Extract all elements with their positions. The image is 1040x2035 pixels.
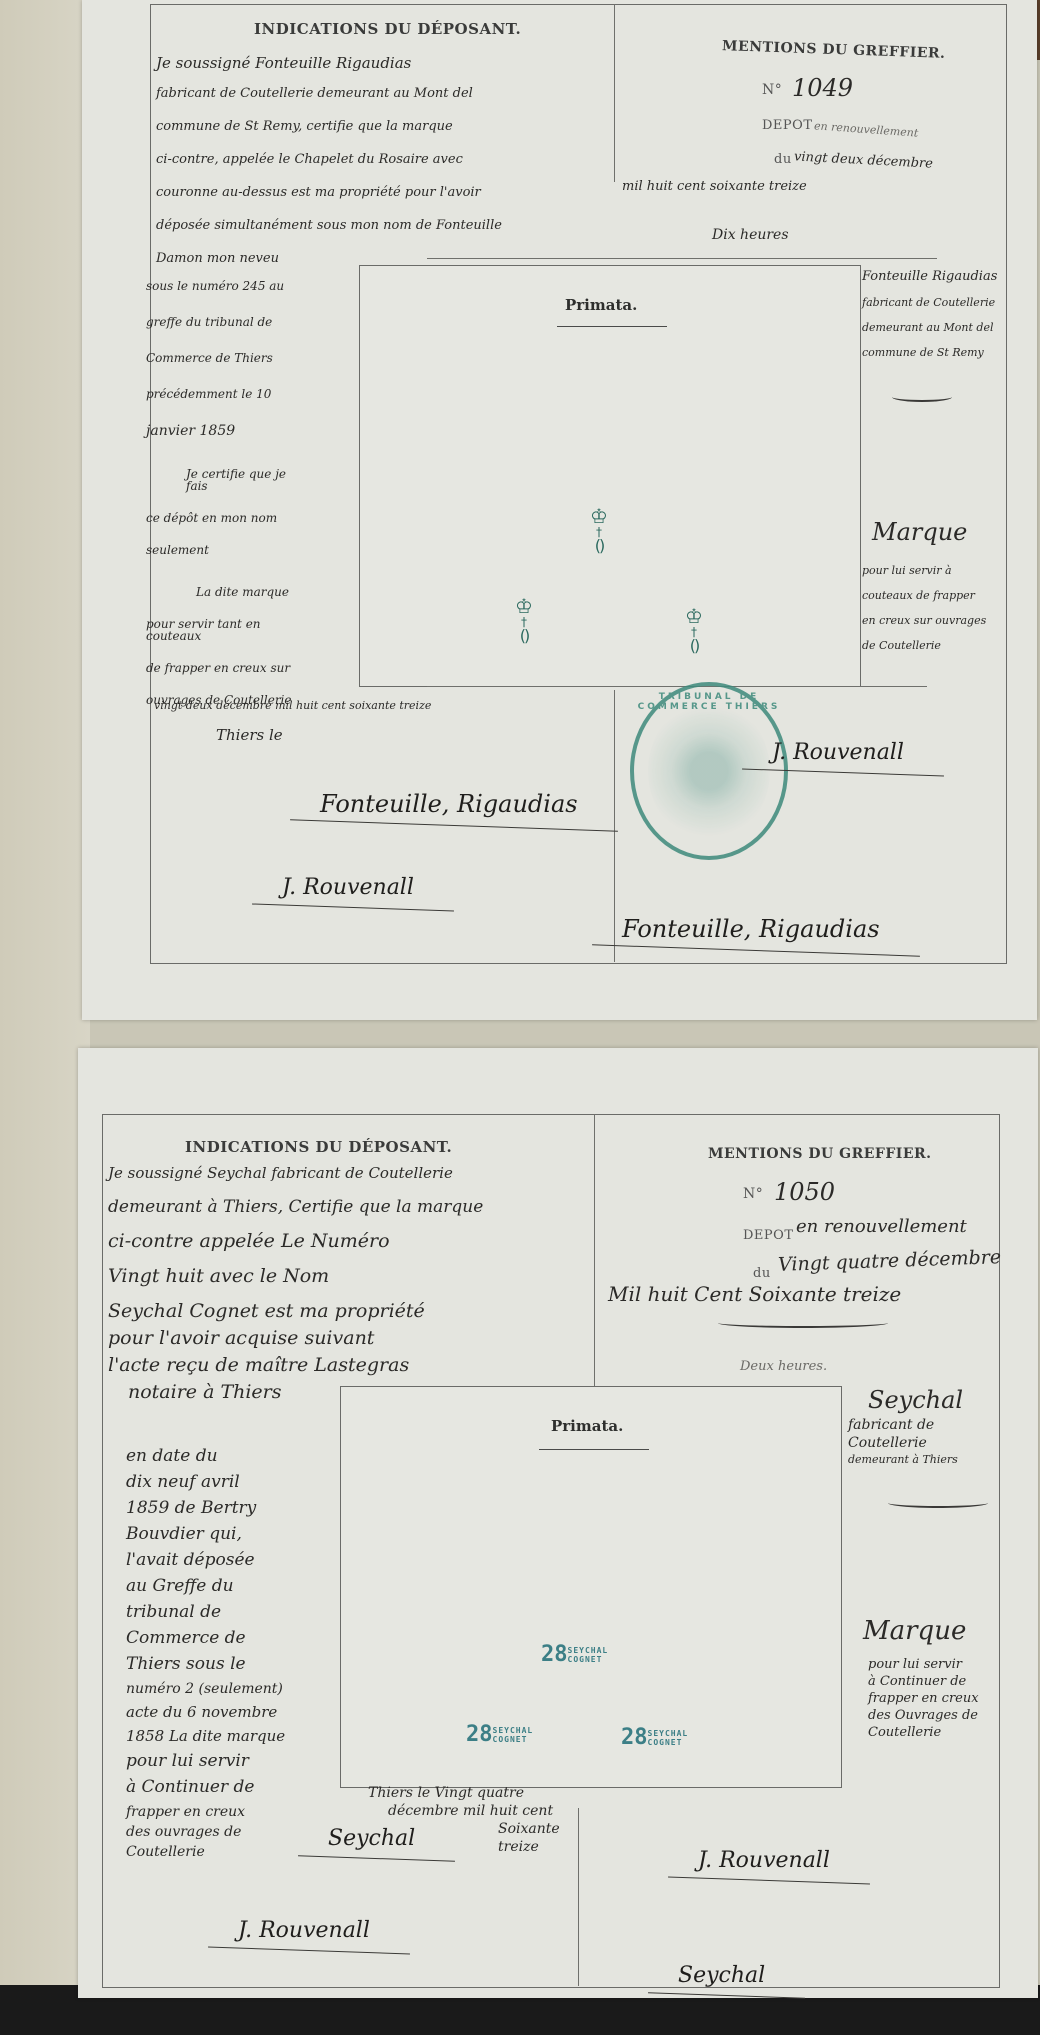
marque-line: couteaux de frapper <box>862 590 1022 601</box>
declaration-line: Je soussigné Seychal fabricant de Coutel… <box>108 1166 578 1181</box>
signature-deposant: Fonteuille, Rigaudias <box>320 790 578 818</box>
mark-number: 28 <box>541 1642 568 1667</box>
year-line: mil huit cent soixante treize <box>622 180 807 193</box>
marque-line: pour lui servir à <box>862 565 1022 576</box>
declaration-line: dix neuf avril <box>126 1474 306 1491</box>
greffier-line: Seychal <box>848 1388 1018 1412</box>
declaration-line: 1859 de Bertry <box>126 1500 306 1517</box>
signature-deposant: Seychal <box>328 1826 415 1851</box>
crown-rosary-mark-icon: ♔†() <box>515 596 533 644</box>
register-page-1050: INDICATIONS DU DÉPOSANT. MENTIONS DU GRE… <box>78 1048 1038 1998</box>
marque-label: Marque <box>872 520 967 544</box>
marque-usage: pour lui servir à couteaux de frapper en… <box>862 565 1022 663</box>
mark-line: COGNET <box>568 1655 603 1664</box>
number-label: N° <box>743 1186 763 1202</box>
year-line: Mil huit Cent Soixante treize <box>608 1284 901 1304</box>
greffier-line: commune de St Remy <box>862 347 1022 358</box>
declaration-line: en date du <box>126 1448 306 1465</box>
declaration-line: Commerce de Thiers <box>146 352 296 364</box>
register-page-1049: INDICATIONS DU DÉPOSANT. MENTIONS DU GRE… <box>82 0 1037 1020</box>
primata-title: Primata. <box>565 296 637 314</box>
du-label: du <box>774 152 792 167</box>
declaration-line: de frapper en creux sur <box>146 662 296 674</box>
mark-number: 28 <box>466 1722 493 1747</box>
declaration-line: commune de St Remy, certifie que la marq… <box>156 120 616 133</box>
date-line: vingt deux décembre mil huit cent soixan… <box>154 700 431 711</box>
declaration-column: sous le numéro 245 au greffe du tribunal… <box>146 280 296 755</box>
declaration-line: La dite marque <box>146 586 296 598</box>
tribunal-seal-stamp: TRIBUNAL DE COMMERCE THIERS <box>630 682 788 860</box>
declaration-line: pour l'avoir acquise suivant <box>108 1329 578 1348</box>
signature-greffier: J. Rouvenall <box>282 875 414 900</box>
signature-greffier: J. Rouvenall <box>698 1848 830 1873</box>
declaration-text: Je soussigné Fonteuille Rigaudias fabric… <box>156 56 616 277</box>
flourish-line <box>718 1318 888 1328</box>
trademark-stamp-box: Primata. ♔†() ♔†() ♔†() <box>359 265 861 687</box>
marque-line: des Ouvrages de <box>868 1709 1038 1722</box>
signature-greffier: J. Rouvenall <box>238 1918 370 1943</box>
time-line: Deux heures. <box>740 1360 827 1373</box>
declaration-line: 1858 La dite marque <box>126 1729 306 1744</box>
declaration-line: demeurant à Thiers, Certifie que la marq… <box>108 1199 578 1216</box>
declaration-line: pour servir tant en couteaux <box>146 618 296 642</box>
depot-label: DEPOT <box>743 1228 794 1243</box>
column-divider-upper <box>594 1114 595 1386</box>
declaration-line: l'avait déposée <box>126 1552 306 1569</box>
declaration-line: Seychal Cognet est ma propriété <box>108 1302 578 1321</box>
crown-rosary-mark-icon: ♔†() <box>590 506 608 554</box>
declaration-text: Je soussigné Seychal fabricant de Coutel… <box>108 1166 578 1414</box>
stamp-box-top-line <box>427 258 937 259</box>
declaration-line: l'acte reçu de maître Lastegras <box>108 1356 578 1375</box>
declaration-line: janvier 1859 <box>146 424 296 438</box>
declaration-line: ci-contre appelée Le Numéro <box>108 1232 578 1251</box>
greffier-line: demeurant au Mont del <box>862 322 1022 333</box>
declaration-line: déposée simultanément sous mon nom de Fo… <box>156 219 616 232</box>
stamp-box-bottom-line <box>427 686 927 687</box>
greffier-depositor-details: Fonteuille Rigaudias fabricant de Coutel… <box>862 270 1022 370</box>
mark-line: SEYCHAL <box>568 1646 609 1655</box>
seychal-cognet-mark: 28SEYCHALCOGNET <box>621 1725 688 1750</box>
primata-underline <box>557 326 667 327</box>
declaration-line: seulement <box>146 544 296 556</box>
date-line: Thiers le Vingt quatre <box>368 1786 588 1800</box>
deposit-number: 1049 <box>792 76 853 100</box>
time-line: Dix heures <box>712 228 789 242</box>
flourish-line <box>888 1498 988 1508</box>
declaration-line: greffe du tribunal de <box>146 316 296 328</box>
declaration-line: Je soussigné Fonteuille Rigaudias <box>156 56 616 71</box>
declaration-line: ce dépôt en mon nom <box>146 512 296 524</box>
declaration-column: en date du dix neuf avril 1859 de Bertry… <box>126 1448 306 1871</box>
declaration-line: couronne au-dessus est ma propriété pour… <box>156 186 616 199</box>
declaration-line: Thiers sous le <box>126 1656 306 1673</box>
declaration-line: acte du 6 novembre <box>126 1705 306 1720</box>
marque-usage: pour lui servir à Continuer de frapper e… <box>868 1658 1038 1751</box>
number-label: N° <box>762 82 782 98</box>
declaration-line: fabricant de Coutellerie demeurant au Mo… <box>156 87 616 100</box>
declaration-line: pour lui servir <box>126 1753 306 1770</box>
column-divider-lower <box>614 690 615 962</box>
depot-value: en renouvellement <box>796 1218 967 1236</box>
header-indications-deposant: INDICATIONS DU DÉPOSANT. <box>185 1138 452 1156</box>
declaration-line: Commerce de <box>126 1630 306 1647</box>
greffier-depositor-details: Seychal fabricant de Coutellerie demeura… <box>848 1388 1018 1477</box>
declaration-line: Bouvdier qui, <box>126 1526 306 1543</box>
date-line: décembre mil huit cent <box>368 1804 588 1818</box>
primata-title: Primata. <box>551 1417 623 1435</box>
greffier-line: Fonteuille Rigaudias <box>862 270 1022 283</box>
signature-deposant: Fonteuille, Rigaudias <box>622 915 880 943</box>
mark-line: SEYCHAL <box>648 1729 689 1738</box>
greffier-line: fabricant de Coutellerie <box>862 297 1022 308</box>
declaration-line: ci-contre, appelée le Chapelet du Rosair… <box>156 153 616 166</box>
declaration-line: frapper en creux <box>126 1805 306 1819</box>
crown-rosary-mark-icon: ♔†() <box>685 606 703 654</box>
marque-line: frapper en creux <box>868 1692 1038 1705</box>
declaration-line: Thiers le <box>146 728 296 743</box>
greffier-line: fabricant de <box>848 1418 1018 1432</box>
depot-label: DEPOT <box>762 118 813 133</box>
signature-greffier: J. Rouvenall <box>772 740 904 765</box>
marque-line: Coutellerie <box>868 1726 1038 1739</box>
mark-line: SEYCHAL <box>493 1726 534 1735</box>
declaration-line: précédemment le 10 <box>146 388 296 400</box>
seal-text: TRIBUNAL DE COMMERCE THIERS <box>634 692 784 712</box>
flourish-line <box>892 392 952 402</box>
mark-number: 28 <box>621 1725 648 1750</box>
declaration-line: sous le numéro 245 au <box>146 280 296 292</box>
seychal-cognet-mark: 28SEYCHALCOGNET <box>541 1642 608 1667</box>
background-surface <box>0 0 90 2035</box>
declaration-line: Je certifie que je fais <box>146 468 296 492</box>
header-indications-deposant: INDICATIONS DU DÉPOSANT. <box>254 20 521 38</box>
marque-line: en creux sur ouvrages <box>862 615 1022 626</box>
declaration-line: Coutellerie <box>126 1845 306 1859</box>
seychal-cognet-mark: 28SEYCHALCOGNET <box>466 1722 533 1747</box>
mark-line: COGNET <box>648 1738 683 1747</box>
declaration-line: des ouvrages de <box>126 1825 306 1839</box>
du-label: du <box>753 1266 771 1281</box>
declaration-line: au Greffe du <box>126 1578 306 1595</box>
declaration-line: tribunal de <box>126 1604 306 1621</box>
mark-line: COGNET <box>493 1735 528 1744</box>
greffier-line: Coutellerie <box>848 1436 1018 1450</box>
declaration-line: Vingt huit avec le Nom <box>108 1267 578 1286</box>
declaration-line: à Continuer de <box>126 1779 306 1796</box>
deposit-number: 1050 <box>774 1180 835 1204</box>
seal-emblem <box>648 700 770 842</box>
trademark-stamp-box: Primata. 28SEYCHALCOGNET 28SEYCHALCOGNET… <box>340 1386 842 1788</box>
declaration-line: numéro 2 (seulement) <box>126 1682 306 1696</box>
signature-deposant: Seychal <box>678 1963 765 1988</box>
marque-line: pour lui servir <box>868 1658 1038 1671</box>
primata-underline <box>539 1449 649 1450</box>
marque-label: Marque <box>863 1618 966 1644</box>
header-mentions-greffier: MENTIONS DU GREFFIER. <box>708 1146 932 1162</box>
marque-line: à Continuer de <box>868 1675 1038 1688</box>
marque-line: de Coutellerie <box>862 640 1022 651</box>
greffier-line: demeurant à Thiers <box>848 1454 1018 1465</box>
